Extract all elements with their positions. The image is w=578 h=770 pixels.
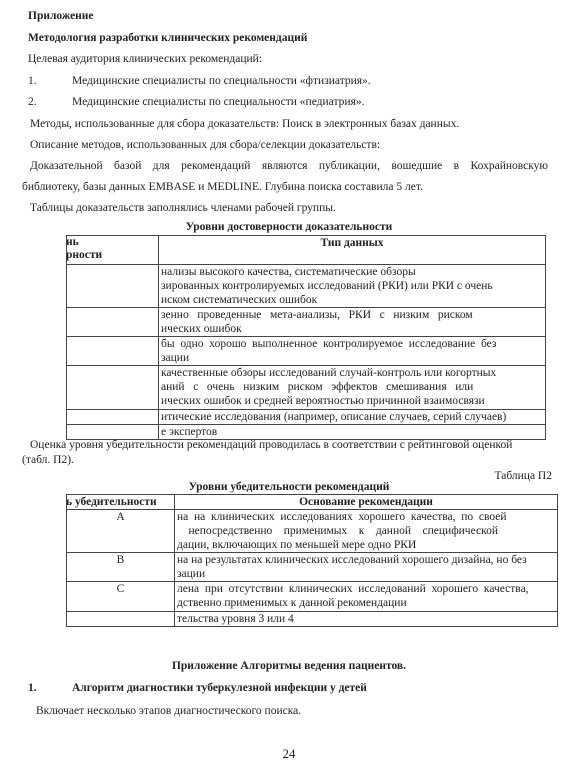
list-item-text: Медицинские специалисты по специальности… (72, 95, 364, 109)
level-cell (67, 308, 159, 337)
page-number: 24 (0, 747, 578, 761)
basis-cell: тельства уровня 3 или 4 (175, 612, 558, 627)
level-cell (67, 337, 159, 366)
header-grade: ь убедительности (67, 495, 175, 510)
table-row: B на на результатах клинических исследов… (67, 553, 558, 582)
header-data-type: Тип данных (159, 236, 546, 265)
header-level-line-2: рности (67, 249, 157, 262)
table-row: тельства уровня 3 или 4 (67, 612, 558, 627)
assessment-line-2: (табл. П2). (22, 453, 74, 467)
tables-filled-paragraph: Таблицы доказательств заполнялись членам… (30, 201, 336, 215)
table-row: качественные обзоры исследований случай-… (67, 366, 546, 410)
list-item-number: 1. (28, 74, 37, 88)
data-type-cell: качественные обзоры исследований случай-… (159, 366, 546, 410)
grade-cell: B (67, 553, 175, 582)
table1-caption: Уровни достоверности доказательности (0, 221, 578, 233)
level-cell (67, 265, 159, 308)
list-item-number: 2. (28, 95, 37, 109)
methods-description: Описание методов, использованных для сбо… (30, 138, 380, 152)
recommendation-grades-table: ь убедительности Основание рекомендации … (66, 494, 558, 627)
table-row: зенно проведенные мета-анализы, РКИ с ни… (67, 308, 546, 337)
table-row: нализы высокого качества, систематически… (67, 265, 546, 308)
grade-cell: A (67, 510, 175, 553)
algorithm-item-number: 1. (28, 681, 37, 695)
methodology-heading: Методология разработки клинических реком… (28, 31, 307, 45)
level-cell (67, 410, 159, 425)
list-item-text: Медицинские специалисты по специальности… (72, 74, 371, 88)
data-type-cell: итические исследования (например, описан… (159, 410, 546, 425)
basis-cell: на на клинических исследованиях хорошего… (175, 510, 558, 553)
header-level: нь рности (67, 236, 159, 265)
methods-paragraph: Методы, использованные для сбора доказат… (30, 117, 459, 131)
table-row: A на на клинических исследованиях хороше… (67, 510, 558, 553)
table-row: C лена при отсутствии клинических исслед… (67, 582, 558, 612)
evidence-levels-table: нь рности Тип данных нализы высокого кач… (66, 235, 546, 440)
assessment-line-1: Оценка уровня убедительности рекомендаци… (30, 438, 512, 452)
algorithm-description: Включает несколько этапов диагностическо… (36, 704, 301, 718)
basis-cell: лена при отсутствии клинических исследов… (175, 582, 558, 612)
header-level-line-1: нь (67, 236, 157, 249)
data-type-cell: зенно проведенные мета-анализы, РКИ с ни… (159, 308, 546, 337)
appendix-heading: Приложение (28, 9, 94, 23)
algorithm-item-title: Алгоритм диагностики туберкулезной инфек… (72, 681, 367, 695)
evidence-base-line-1: Доказательной базой для рекомендаций явл… (30, 159, 548, 173)
table-header-row: нь рности Тип данных (67, 236, 546, 265)
data-type-cell: нализы высокого качества, систематически… (159, 265, 546, 308)
header-basis: Основание рекомендации (175, 495, 558, 510)
table-header-row: ь убедительности Основание рекомендации (67, 495, 558, 510)
grade-cell: C (67, 582, 175, 612)
evidence-base-line-2: библиотеку, базы данных EMBASE и MEDLINE… (22, 180, 423, 194)
level-cell (67, 366, 159, 410)
table-row: итические исследования (например, описан… (67, 410, 546, 425)
grade-cell (67, 612, 175, 627)
table2-caption: Уровни убедительности рекомендаций (0, 481, 578, 493)
audience-intro: Целевая аудитория клинических рекомендац… (28, 52, 262, 66)
table-row: бы одно хорошо выполненное контролируемо… (67, 337, 546, 366)
data-type-cell: бы одно хорошо выполненное контролируемо… (159, 337, 546, 366)
algorithms-heading: Приложение Алгоритмы ведения пациентов. (0, 659, 578, 673)
basis-cell: на на результатах клинических исследован… (175, 553, 558, 582)
